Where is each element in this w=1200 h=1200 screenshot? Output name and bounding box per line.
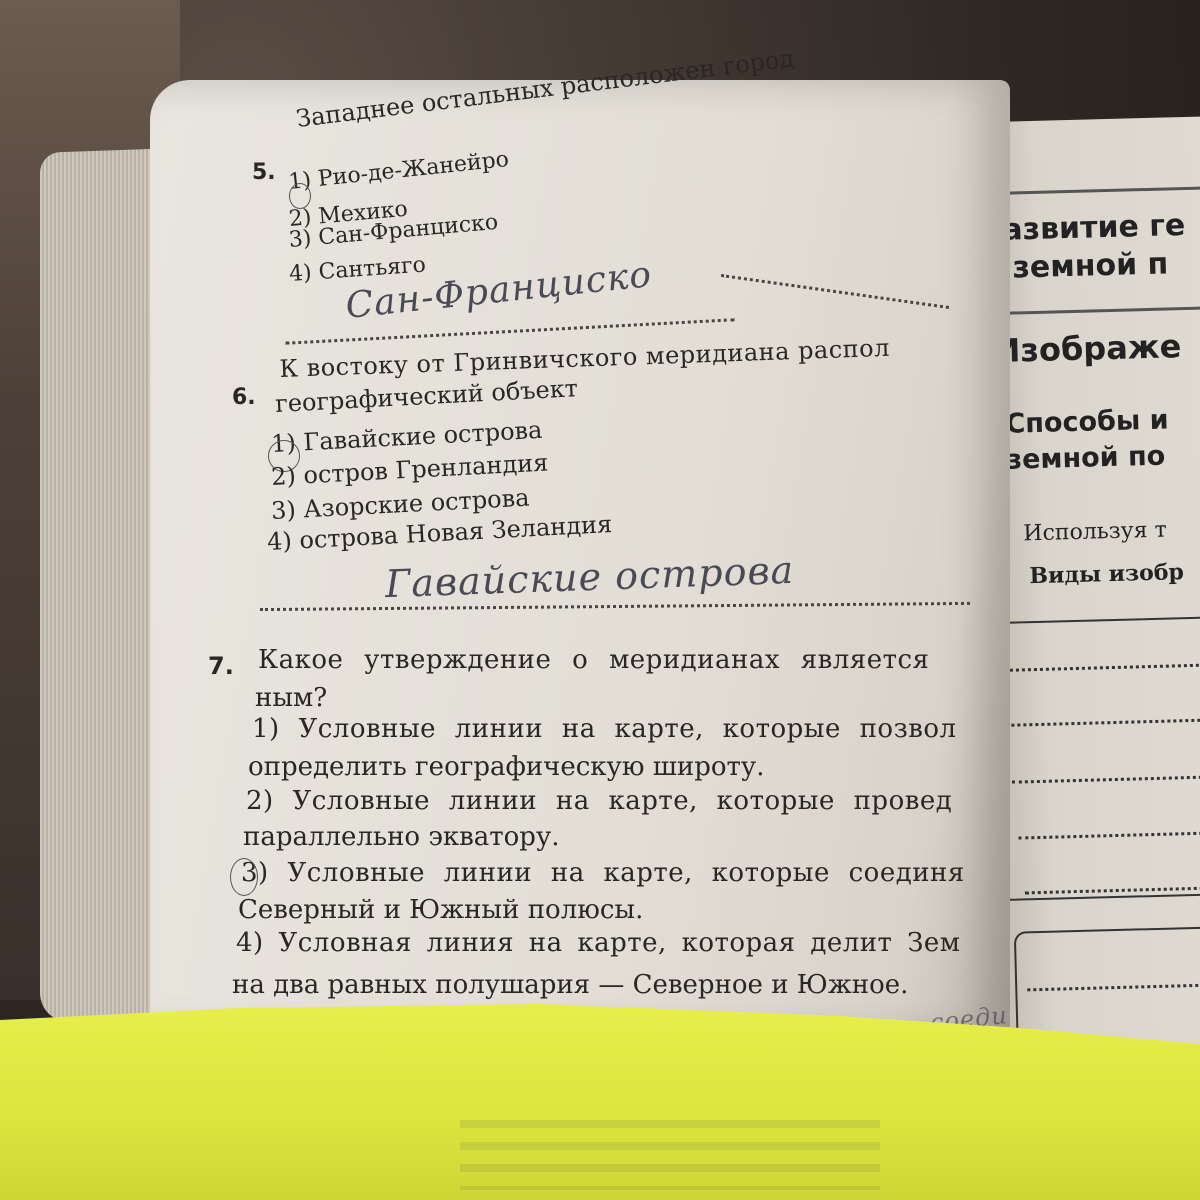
sub-label: Виды изобр [1029, 559, 1184, 589]
yellow-paper-texture [460, 1120, 880, 1190]
chapter-title-line1: Развитие ге [980, 207, 1186, 250]
question-number: 6. [232, 385, 256, 410]
answer-line [1027, 982, 1200, 992]
question-text-line2: ным? [255, 683, 327, 713]
divider [979, 186, 1200, 196]
task-text: Используя т [1023, 518, 1167, 547]
option-1-line2: определить географическую широту. [248, 752, 765, 782]
question-number: 7. [208, 652, 234, 680]
chapter-title: Развитие ге о земной п [980, 207, 1187, 288]
subheading: Способы и земной по [1005, 402, 1170, 478]
chapter-title-line2: о земной п [981, 245, 1187, 288]
option-3-line1: 3) Условные линии на карте, которые соед… [241, 858, 965, 888]
option-2-line1: 2) Условные линии на карте, которые пров… [246, 786, 952, 816]
answer-line [1005, 717, 1200, 727]
question-text-line1: Какое утверждение о меридианах является [258, 645, 929, 675]
subheading-line2: земной по [1006, 438, 1170, 478]
divider [983, 306, 1200, 316]
answer-line [1018, 830, 1200, 839]
answer-box [991, 615, 1200, 901]
answer-line [1025, 885, 1200, 894]
option-4-line1: 4) Условная линия на карте, которая дели… [236, 928, 961, 958]
option-4-line2: на два равных полушария — Северное и Южн… [232, 970, 908, 1000]
question-number: 5. [252, 160, 276, 185]
answer-line [999, 662, 1200, 672]
answer-line [1012, 774, 1200, 784]
option-3-line2: Северный и Южный полюсы. [238, 895, 643, 925]
section-heading: Изображе [993, 327, 1182, 370]
option-2-line2: параллельно экватору. [243, 822, 560, 852]
subheading-line1: Способы и [1005, 402, 1169, 442]
option-1-line1: 1) Условные линии на карте, которые позв… [252, 714, 957, 744]
circled-mark [230, 858, 258, 896]
